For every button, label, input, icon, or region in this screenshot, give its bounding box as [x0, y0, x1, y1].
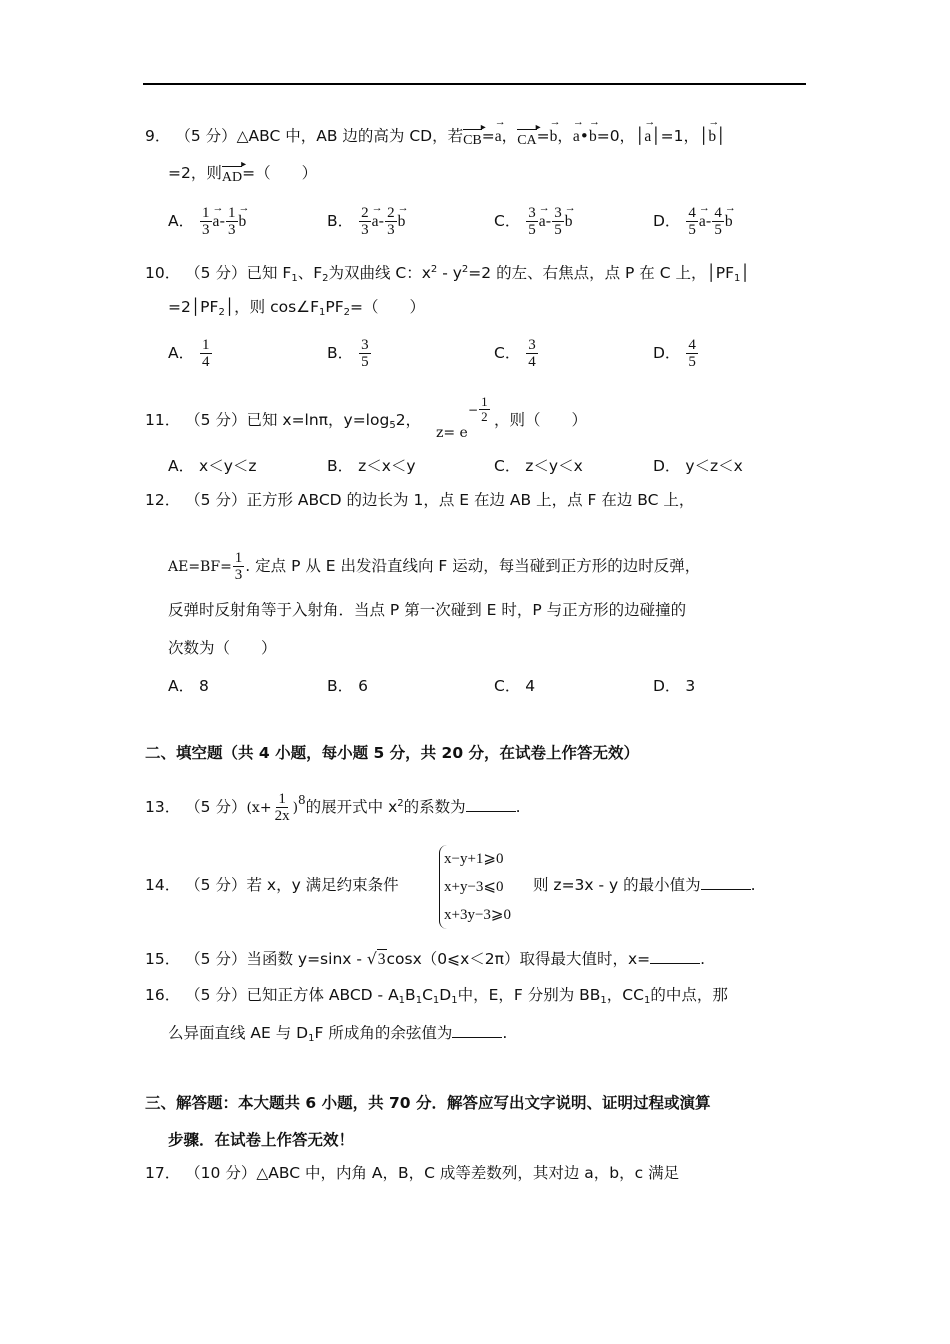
question-stem: 2，: [396, 411, 421, 429]
exponent-sign: −: [468, 400, 478, 420]
option-label: C．: [494, 457, 520, 475]
question-number: 12．: [145, 491, 180, 509]
comma: ，: [557, 127, 573, 145]
option-label: A．: [168, 457, 194, 475]
minus: -: [706, 212, 712, 230]
question-stem: 的中点，那: [650, 986, 728, 1004]
question-stem: F 所成角的余弦值为: [315, 1024, 453, 1042]
constraint-3: x+3y−3⩾0: [444, 901, 511, 929]
question-stem: △ABC 中，AB 边的高为 CD，若: [237, 127, 463, 145]
question-12-line1: 12． （5 分）正方形 ABCD 的边长为 1，点 E 在边 AB 上，点 F…: [145, 490, 694, 510]
q9-option-b[interactable]: B． 23a-23b: [327, 205, 405, 238]
period: .: [502, 1024, 507, 1042]
question-stem: 中，E，F 分别为 BB: [458, 986, 601, 1004]
answer-paren: ，则（ ）: [494, 411, 587, 429]
option-label: B．: [327, 344, 353, 362]
option-text: 6: [358, 677, 368, 695]
vector-a: a: [699, 213, 706, 231]
q12-option-c[interactable]: C． 4: [494, 674, 535, 696]
vector-b: b: [398, 213, 406, 231]
question-number: 17．: [145, 1164, 180, 1182]
question-number: 14．: [145, 876, 180, 894]
equals-zero: =0，: [597, 127, 635, 145]
section-3-heading-line2: 步骤．在试卷上作答无效！: [168, 1130, 354, 1150]
q9-option-d[interactable]: D． 45a-45b: [653, 205, 733, 238]
q11-option-c[interactable]: C． z＜y＜x: [494, 454, 583, 476]
question-12-line2: AE=BF=13. 定点 P 从 E 出发沿直线向 F 运动，每当碰到正方形的边…: [168, 550, 700, 583]
equals-one: =1，: [661, 127, 699, 145]
option-text: 8: [199, 677, 209, 695]
question-number: 9．: [145, 127, 170, 145]
question-stem: 正方形 ABCD 的边长为 1，点 E 在边 AB 上，点 F 在边 BC 上，: [246, 491, 694, 509]
section-2-heading: 二、填空题（共 4 小题，每小题 5 分，共 20 分，在试卷上作答无效）: [145, 743, 639, 763]
question-12-line4: 次数为（ ）: [168, 638, 277, 658]
answer-paren: =（ ）: [350, 298, 425, 316]
constraint-2: x+y−3⩽0: [444, 873, 511, 901]
fraction: 34: [526, 337, 538, 370]
q9-option-c[interactable]: C． 35a-35b: [494, 205, 573, 238]
question-9-line1: 9． （5 分）△ABC 中，AB 边的高为 CD，若CB=a，CA=b，a•b…: [145, 126, 725, 148]
vector-a: a: [213, 213, 220, 231]
question-score: （5 分）: [185, 876, 246, 894]
question-score: （5 分）: [185, 950, 246, 968]
q12-option-a[interactable]: A． 8: [168, 674, 209, 696]
fraction: 12: [479, 395, 490, 424]
abs-bar: │: [699, 127, 708, 145]
sqrt-argument: 3: [377, 949, 387, 970]
equation: AE=BF=: [168, 559, 232, 575]
fraction: 13: [226, 205, 238, 238]
question-15: 15． （5 分）当函数 y=sinx - √3cosx（0⩽x＜2π）取得最大…: [145, 949, 705, 970]
z-expression: z= e − 12: [426, 405, 494, 425]
constraint-1: x−y+1⩾0: [444, 845, 511, 873]
fraction: 13: [200, 205, 212, 238]
q10-option-a[interactable]: A． 14: [168, 337, 213, 370]
abs-bar: │: [635, 127, 644, 145]
z-base: z= e: [436, 423, 468, 443]
fraction: 35: [526, 205, 538, 238]
q9-option-a[interactable]: A． 13a-13b: [168, 205, 246, 238]
period: .: [751, 876, 756, 894]
vector-a: a: [644, 127, 651, 147]
question-stem: 为双曲线 C：x: [328, 264, 430, 282]
fraction: 23: [359, 205, 371, 238]
question-stem: 已知 F: [246, 264, 291, 282]
answer-blank[interactable]: [452, 1023, 502, 1038]
question-stem: . 定点 P 从 E 出发沿直线向 F 运动，每当碰到正方形的边时反弹，: [245, 557, 700, 575]
question-stem: 若 x，y 满足约束条件: [246, 876, 398, 894]
q11-option-d[interactable]: D． y＜z＜x: [653, 454, 743, 476]
question-stem: △ABC 中，内角 A，B，C 成等差数列，其对边 a，b，c 满足: [256, 1164, 679, 1182]
comma: ，: [502, 127, 518, 145]
vector-b: b: [565, 213, 573, 231]
abs-bar: │: [716, 127, 725, 145]
minus: -: [546, 212, 552, 230]
fraction: 35: [552, 205, 564, 238]
vector-a: a: [539, 213, 546, 231]
vector-a: a: [573, 127, 580, 147]
q11-option-b[interactable]: B． z＜x＜y: [327, 454, 416, 476]
option-label: C．: [494, 677, 520, 695]
vector-cb: CB: [463, 129, 482, 148]
question-score: （5 分）: [175, 127, 236, 145]
fraction: 12x: [273, 791, 292, 824]
q10-option-b[interactable]: B． 35: [327, 337, 372, 370]
question-stem: 、F: [298, 264, 322, 282]
question-stem: 的系数为: [404, 798, 466, 816]
option-label: B．: [327, 212, 353, 230]
question-number: 13．: [145, 798, 180, 816]
answer-blank[interactable]: [650, 949, 700, 964]
question-10-line2: =2│PF2│，则 cos∠F1PF2=（ ）: [168, 297, 425, 323]
question-10-line1: 10． （5 分）已知 F1、F2为双曲线 C：x2 - y2=2 的左、右焦点…: [145, 260, 750, 289]
option-text: 4: [525, 677, 535, 695]
question-stem: D: [439, 986, 451, 1004]
vector-b: b: [550, 127, 558, 147]
option-label: A．: [168, 212, 194, 230]
question-score: （5 分）: [185, 491, 246, 509]
question-stem: 已知 x=lnπ，y=log: [246, 411, 389, 429]
header-rule: [143, 83, 806, 85]
exponent: − 12: [468, 395, 491, 424]
question-stem: =2│PF: [168, 298, 218, 316]
question-stem: 的展开式中 x: [306, 798, 398, 816]
question-stem: 么异面直线 AE 与 D: [168, 1024, 308, 1042]
question-11-line1: 11． （5 分）已知 x=lnπ，y=log52， z= e − 12 ，则（…: [145, 405, 587, 436]
question-stem: 当函数 y=sinx -: [246, 950, 366, 968]
abs-bar: │: [651, 127, 660, 145]
option-label: D．: [653, 457, 680, 475]
question-number: 10．: [145, 264, 180, 282]
question-score: （10 分）: [185, 1164, 256, 1182]
question-stem: 则 z=3x - y 的最小值为: [533, 876, 701, 894]
option-text: z＜x＜y: [358, 457, 415, 475]
question-12-line3: 反弹时反射角等于入射角．当点 P 第一次碰到 E 时，P 与正方形的边碰撞的: [168, 600, 686, 620]
option-label: B．: [327, 457, 353, 475]
question-17: 17． （10 分）△ABC 中，内角 A，B，C 成等差数列，其对边 a，b，…: [145, 1163, 679, 1183]
fraction: 14: [200, 337, 212, 370]
question-score: （5 分）: [185, 798, 246, 816]
question-number: 11．: [145, 411, 180, 429]
option-label: B．: [327, 677, 353, 695]
answer-paren: =（ ）: [242, 164, 317, 182]
period: .: [700, 950, 705, 968]
q10-option-c[interactable]: C． 34: [494, 337, 539, 370]
option-label: C．: [494, 212, 520, 230]
dot-product: •: [580, 127, 589, 145]
question-number: 16．: [145, 986, 180, 1004]
question-13: 13． （5 分）(x+12x)8的展开式中 x2的系数为.: [145, 790, 521, 824]
vector-b: b: [725, 213, 733, 231]
minus: -: [219, 212, 225, 230]
minus: -: [378, 212, 384, 230]
option-text: 3: [685, 677, 695, 695]
question-stem: C: [422, 986, 433, 1004]
vector-b: b: [239, 213, 247, 231]
question-stem: B: [405, 986, 416, 1004]
vector-a: a: [372, 213, 379, 231]
question-score: （5 分）: [185, 986, 246, 1004]
question-score: （5 分）: [185, 411, 246, 429]
question-stem: 反弹时反射角等于入射角．当点 P 第一次碰到 E 时，P 与正方形的边碰撞的: [168, 601, 686, 619]
question-14: 14． （5 分）若 x，y 满足约束条件: [145, 875, 399, 895]
option-label: A．: [168, 344, 194, 362]
constraint-system: x−y+1⩾0 x+y−3⩽0 x+3y−3⩾0: [439, 845, 511, 929]
question-stem: 已知正方体 ABCD - A: [246, 986, 398, 1004]
abs-bar: │: [740, 264, 749, 282]
period: .: [516, 798, 521, 816]
fraction: 35: [359, 337, 371, 370]
exponent: 8: [298, 793, 306, 807]
fraction: 45: [712, 205, 724, 238]
question-stem: ，CC: [607, 986, 644, 1004]
answer-blank[interactable]: [701, 875, 751, 890]
question-stem: - y: [437, 264, 462, 282]
vector-ad: AD: [222, 166, 242, 185]
option-label: D．: [653, 212, 680, 230]
paren-open: (x+: [246, 800, 271, 816]
option-label: A．: [168, 677, 194, 695]
option-label: C．: [494, 344, 520, 362]
question-stem: cosx（0⩽x＜2π）取得最大值时，x=: [387, 950, 651, 968]
fraction: 45: [686, 337, 698, 370]
q10-option-d[interactable]: D． 45: [653, 337, 699, 370]
question-stem: PF: [325, 298, 343, 316]
question-stem: =2，则: [168, 164, 222, 182]
option-label: D．: [653, 677, 680, 695]
answer-blank[interactable]: [466, 797, 516, 812]
q12-option-d[interactable]: D． 3: [653, 674, 695, 696]
sqrt-icon: √: [367, 950, 377, 968]
question-16-line2: 么异面直线 AE 与 D1F 所成角的余弦值为.: [168, 1023, 507, 1049]
q11-option-a[interactable]: A． x＜y＜z: [168, 454, 257, 476]
answer-paren: 次数为（ ）: [168, 639, 277, 657]
option-label: D．: [653, 344, 680, 362]
option-text: y＜z＜x: [685, 457, 742, 475]
question-score: （5 分）: [185, 264, 246, 282]
option-text: z＜y＜x: [525, 457, 582, 475]
q12-option-b[interactable]: B． 6: [327, 674, 368, 696]
question-stem: │，则 cos∠F: [225, 298, 319, 316]
vector-b: b: [589, 127, 597, 147]
fraction: 23: [385, 205, 397, 238]
option-text: x＜y＜z: [199, 457, 256, 475]
vector-b: b: [708, 127, 716, 147]
question-9-line2: =2，则AD=（ ）: [168, 163, 317, 185]
fraction: 45: [686, 205, 698, 238]
fraction: 13: [233, 550, 245, 583]
question-stem: =2 的左、右焦点，点 P 在 C 上，│PF: [468, 264, 734, 282]
question-16-line1: 16． （5 分）已知正方体 ABCD - A1B1C1D1中，E，F 分别为 …: [145, 985, 728, 1011]
question-14-tail: 则 z=3x - y 的最小值为.: [533, 875, 756, 895]
question-number: 15．: [145, 950, 180, 968]
vector-ca: CA: [517, 129, 536, 148]
section-3-heading-line1: 三、解答题：本大题共 6 小题，共 70 分．解答应写出文字说明、证明过程或演算: [145, 1093, 710, 1113]
vector-a: a: [495, 127, 502, 147]
